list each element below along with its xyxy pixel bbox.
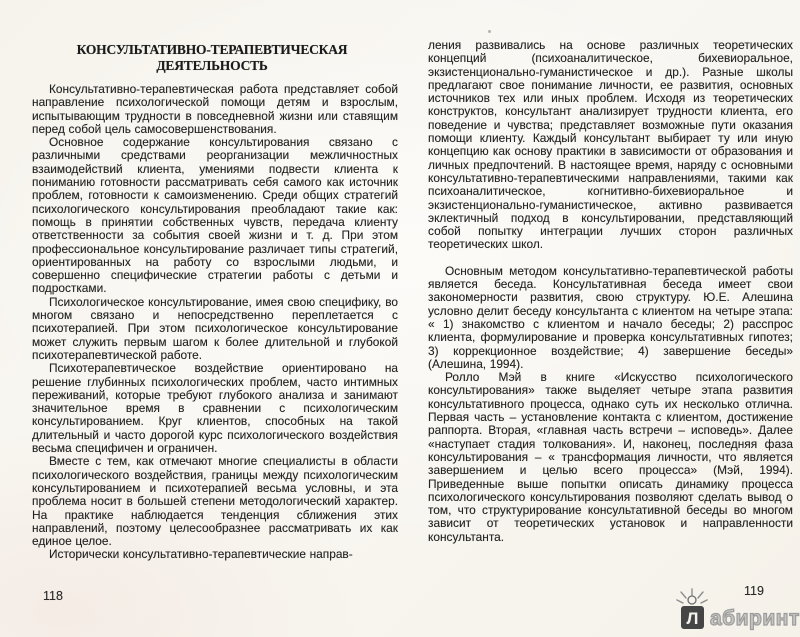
book-spread: КОНСУЛЬТАТИВНО-ТЕРАПЕВТИЧЕСКАЯ ДЕЯТЕЛЬНО… xyxy=(0,0,800,637)
page-right-body: ления развивались на основе различных те… xyxy=(428,39,793,544)
paragraph: Психотерапевтическое воздействие ориенти… xyxy=(32,362,398,455)
watermark-text: абиринт xyxy=(710,608,800,629)
scan-speck xyxy=(488,30,491,33)
page-left-body: Консультативно-терапевтическая работа пр… xyxy=(32,83,398,562)
paragraph: Основным методом консультативно-терапевт… xyxy=(428,265,793,371)
paragraph: Исторически консультативно-терапевтическ… xyxy=(32,548,398,561)
paragraph: Основное содержание консультирования свя… xyxy=(32,136,398,296)
paragraph: Вместе с тем, как отмечают многие специа… xyxy=(32,455,398,548)
watermark-logo-letter: Л xyxy=(687,609,699,628)
paragraph: ления развивались на основе различных те… xyxy=(428,39,793,252)
scan-speck xyxy=(755,112,757,114)
paragraph: Консультативно-терапевтическая работа пр… xyxy=(32,83,398,136)
labirint-watermark: Л абиринт xyxy=(676,588,800,632)
page-number-left: 118 xyxy=(43,589,63,603)
labirint-logo-icon: Л xyxy=(676,588,709,632)
page-left: КОНСУЛЬТАТИВНО-ТЕРАПЕВТИЧЕСКАЯ ДЕЯТЕЛЬНО… xyxy=(32,42,398,562)
paragraph: Ролло Мэй в книге «Искусство психологиче… xyxy=(428,371,793,544)
paragraph: Психологическое консультирование, имея с… xyxy=(32,296,398,362)
chapter-heading: КОНСУЛЬТАТИВНО-ТЕРАПЕВТИЧЕСКАЯ ДЕЯТЕЛЬНО… xyxy=(32,42,392,74)
page-right: ления развивались на основе различных те… xyxy=(428,39,793,544)
